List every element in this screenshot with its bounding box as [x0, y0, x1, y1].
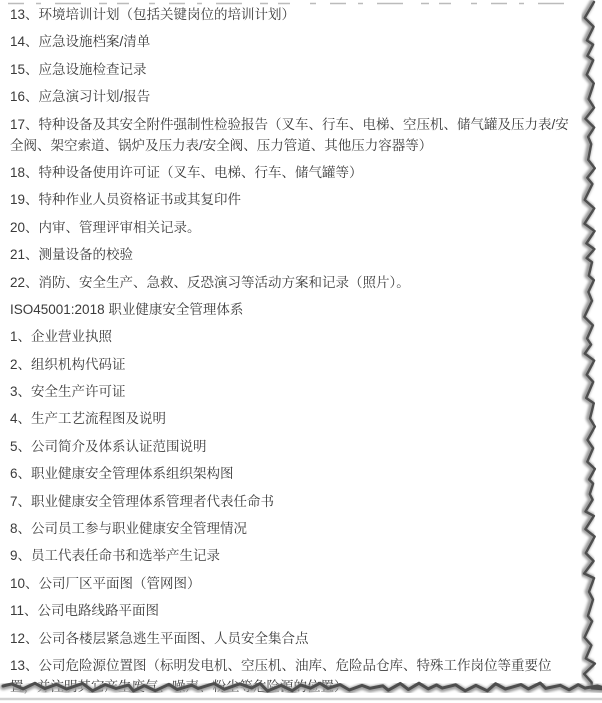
- list-item-ohs-1: 1、企业营业执照: [10, 326, 576, 347]
- document-body: 13、环境培训计划（包括关键岗位的培训计划） 14、应急设施档案/清单 15、应…: [10, 4, 576, 703]
- list-item-ohs-11: 11、公司电路线路平面图: [10, 600, 576, 621]
- list-item-env-20: 20、内审、管理评审相关记录。: [10, 217, 576, 238]
- list-item-ohs-13: 13、公司危险源位置图（标明发电机、空压机、油库、危险品仓库、特殊工作岗位等重要…: [10, 655, 576, 697]
- list-item-env-17: 17、特种设备及其安全附件强制性检验报告（叉车、行车、电梯、空压机、储气罐及压力…: [10, 114, 576, 156]
- list-item-env-19: 19、特种作业人员资格证书或其复印件: [10, 189, 576, 210]
- list-item-ohs-12: 12、公司各楼层紧急逃生平面图、人员安全集合点: [10, 628, 576, 649]
- list-item-env-18: 18、特种设备使用许可证（叉车、电梯、行车、储气罐等）: [10, 162, 576, 183]
- list-item-env-22: 22、消防、安全生产、急救、反恐演习等活动方案和记录（照片）。: [10, 272, 576, 293]
- list-item-ohs-10: 10、公司厂区平面图（管网图）: [10, 573, 576, 594]
- list-item-ohs-8: 8、公司员工参与职业健康安全管理情况: [10, 518, 576, 539]
- list-item-ohs-3: 3、安全生产许可证: [10, 381, 576, 402]
- list-item-env-15: 15、应急设施检查记录: [10, 59, 576, 80]
- list-item-ohs-5: 5、公司简介及体系认证范围说明: [10, 436, 576, 457]
- list-item-ohs-7: 7、职业健康安全管理体系管理者代表任命书: [10, 491, 576, 512]
- list-item-ohs-2: 2、组织机构代码证: [10, 354, 576, 375]
- list-item-env-21: 21、测量设备的校验: [10, 244, 576, 265]
- list-item-env-16: 16、应急演习计划/报告: [10, 86, 576, 107]
- list-item-ohs-4: 4、生产工艺流程图及说明: [10, 408, 576, 429]
- list-item-env-14: 14、应急设施档案/清单: [10, 31, 576, 52]
- right-torn-edge: [584, 2, 595, 688]
- right-torn-edge-shadow: [583, 2, 594, 688]
- list-item-ohs-6: 6、职业健康安全管理体系组织架构图: [10, 463, 576, 484]
- list-item-env-13: 13、环境培训计划（包括关键岗位的培训计划）: [10, 4, 576, 25]
- list-item-ohs-9: 9、员工代表任命书和选举产生记录: [10, 545, 576, 566]
- section-title: ISO45001:2018 职业健康安全管理体系: [10, 299, 576, 320]
